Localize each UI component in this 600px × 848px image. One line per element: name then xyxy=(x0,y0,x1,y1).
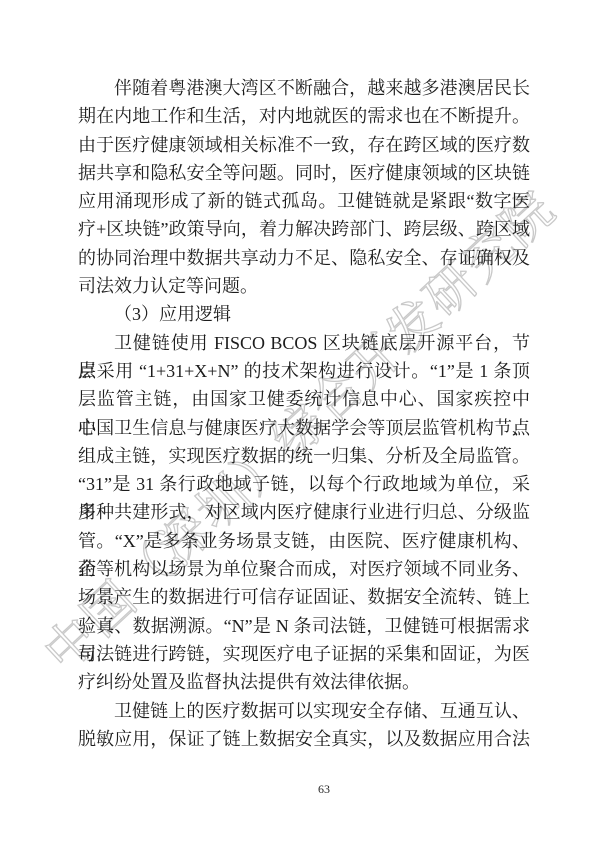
text-line: 脱敏应用，保证了链上数据安全真实，以及数据应用合法 xyxy=(78,725,530,753)
text-line: 卫健链使用 FISCO BCOS 区块链底层开源平台，节点 xyxy=(78,329,530,357)
document-body: 伴随着粤港澳大湾区不断融合，越来越多港澳居民长期在内地工作和生活，对内地就医的需… xyxy=(78,74,530,753)
text-line: 验真、数据溯源。“N”是 N 条司法链，卫健链可根据需求与 xyxy=(78,612,530,640)
heading-line: （3）应用逻辑 xyxy=(78,300,530,328)
text-line: 卫健链上的医疗数据可以实现安全存储、互通互认、 xyxy=(78,697,530,725)
text-line: 司法效力认定等问题。 xyxy=(78,272,530,300)
document-page: 中国（深圳）综合开发研究院 伴随着粤港澳大湾区不断融合，越来越多港澳居民长期在内… xyxy=(0,0,600,848)
text-line: 由于医疗健康领域相关标准不一致，存在跨区域的医疗数 xyxy=(78,131,530,159)
text-line: 司法链进行跨链，实现医疗电子证据的采集和固证，为医 xyxy=(78,640,530,668)
text-line: 管。“X”是多条业务场景支链，由医院、医疗健康机构、药 xyxy=(78,527,530,555)
text-line: 组成主链，实现医疗数据的统一归集、分析及全局监管。 xyxy=(78,442,530,470)
text-line: 中国卫生信息与健康医疗大数据学会等顶层监管机构节点 xyxy=(78,414,530,442)
text-line: “31”是 31 条行政地域子链，以每个行政地域为单位，采用 xyxy=(78,470,530,498)
text-line: 期在内地工作和生活，对内地就医的需求也在不断提升。 xyxy=(78,102,530,130)
page-number: 63 xyxy=(318,782,330,797)
text-line: 疗+区块链”政策导向，着力解决跨部门、跨层级、跨区域 xyxy=(78,215,530,243)
text-line: 应用涌现形成了新的链式孤岛。卫健链就是紧跟“数字医 xyxy=(78,187,530,215)
text-line: 多种共建形式，对区域内医疗健康行业进行归总、分级监 xyxy=(78,498,530,526)
text-line: 疗纠纷处置及监督执法提供有效法律依据。 xyxy=(78,668,530,696)
text-line: 层监管主链，由国家卫健委统计信息中心、国家疾控中心、 xyxy=(78,385,530,413)
text-line: 的协同治理中数据共享动力不足、隐私安全、存证确权及 xyxy=(78,244,530,272)
text-line: 据共享和隐私安全等问题。同时，医疗健康领域的区块链 xyxy=(78,159,530,187)
text-line: 场景产生的数据进行可信存证固证、数据安全流转、链上 xyxy=(78,583,530,611)
text-line: 伴随着粤港澳大湾区不断融合，越来越多港澳居民长 xyxy=(78,74,530,102)
text-line: 层采用 “1+31+X+N” 的技术架构进行设计。“1”是 1 条顶 xyxy=(78,357,530,385)
text-line: 企等机构以场景为单位聚合而成，对医疗领域不同业务、 xyxy=(78,555,530,583)
